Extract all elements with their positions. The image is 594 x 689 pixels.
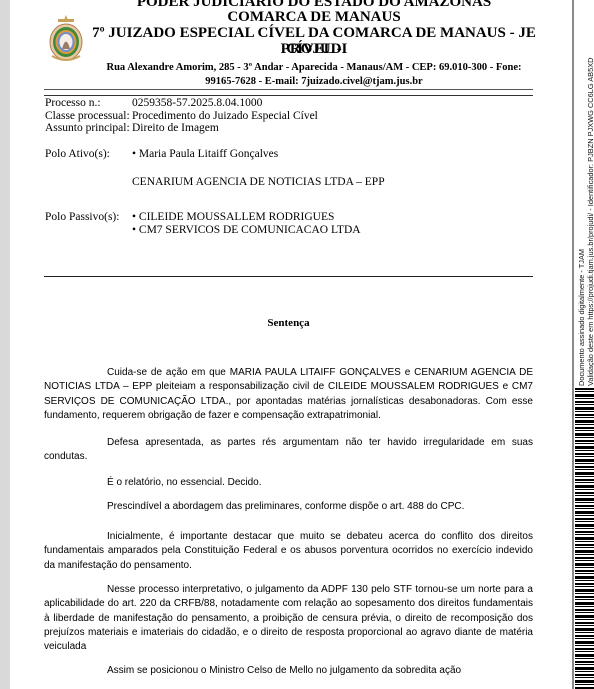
- process-class-value: Procedimento do Juizado Especial Cível: [132, 110, 318, 122]
- paragraph-6: Nesse processo interpretativo, o julgame…: [44, 583, 533, 654]
- header-divider: [44, 89, 533, 90]
- subject-row: Assunto principal:Direito de Imagem: [45, 122, 219, 135]
- subject-label: Assunto principal:: [45, 122, 132, 135]
- active-party-2: CENARIUM AGENCIA DE NOTICIAS LTDA – EPP: [132, 176, 385, 189]
- process-class-label: Classe processual:: [45, 110, 132, 123]
- active-party-label: Polo Ativo(s):: [45, 148, 110, 161]
- barcode-icon: [575, 388, 594, 689]
- process-number-value: 0259358-57.2025.8.04.1000: [132, 97, 262, 109]
- paragraph-4: Prescindível a abordagem das preliminare…: [44, 500, 533, 514]
- signature-stamp-line-2: Validação deste em https://projudi.tjam.…: [586, 58, 594, 386]
- viewer-gutter: [0, 0, 10, 689]
- paragraph-7: Assim se posicionou o Ministro Celso de …: [44, 664, 533, 678]
- paragraph-2: Defesa apresentada, as partes rés argume…: [44, 436, 533, 465]
- meta-divider: [44, 95, 533, 96]
- passive-party-2: • CM7 SERVICOS DE COMUNICACAO LTDA: [132, 224, 361, 237]
- header-system: PROJUDI: [84, 41, 544, 57]
- parties-divider: [44, 276, 533, 277]
- active-party-1: • Maria Paula Litaiff Gonçalves: [132, 148, 278, 161]
- address-line-1: Rua Alexandre Amorim, 285 - 3º Andar - A…: [84, 61, 544, 75]
- paragraph-5: Inicialmente, é importante destacar que …: [44, 530, 533, 573]
- paragraph-3: É o relatório, no essencial. Decido.: [44, 476, 533, 490]
- signature-stamp-line-1: Documento assinado digitalmente - TJAM: [577, 249, 586, 386]
- passive-party-label: Polo Passivo(s):: [45, 211, 119, 224]
- header-comarca: COMARCA DE MANAUS: [84, 9, 544, 25]
- process-class-row: Classe processual:Procedimento do Juizad…: [45, 110, 318, 123]
- address-line-2: 99165-7628 - E-mail: 7juizado.civel@tjam…: [84, 75, 544, 89]
- document-title: Sentença: [44, 317, 533, 329]
- process-number-row: Processo n.:0259358-57.2025.8.04.1000: [45, 97, 262, 110]
- header-address: Rua Alexandre Amorim, 285 - 3º Andar - A…: [84, 61, 544, 89]
- passive-party-1: • CILEIDE MOUSSALLEM RODRIGUES: [132, 211, 334, 224]
- subject-value: Direito de Imagem: [132, 122, 219, 134]
- court-seal-icon: [46, 14, 86, 64]
- paragraph-1: Cuida-se de ação em que MARIA PAULA LITA…: [44, 366, 533, 423]
- process-number-label: Processo n.:: [45, 97, 132, 110]
